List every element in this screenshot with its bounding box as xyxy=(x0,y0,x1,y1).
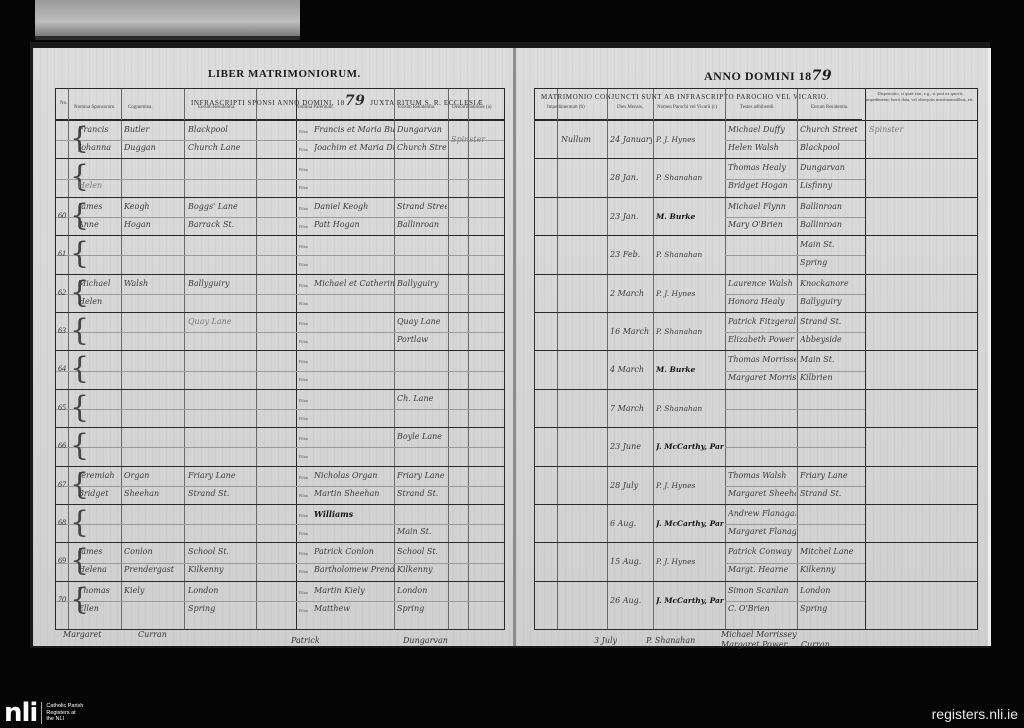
bride-name: Helena xyxy=(78,565,120,574)
priest-name: P. Shanahan xyxy=(656,404,724,413)
register-entry-row: 70{ThomasEllenKielyLondonSpringFiliusFil… xyxy=(56,581,504,620)
bride-parents: Patt Hogan xyxy=(314,220,394,229)
witness-residence-2: Lisfinny xyxy=(800,181,864,190)
parents-residence-1: London xyxy=(397,586,447,595)
filia-label: Filius xyxy=(299,416,308,421)
parents-residence-2: Spring xyxy=(397,604,447,613)
priest-name: P. J. Hynes xyxy=(656,481,724,490)
filius-label: Filius xyxy=(299,513,308,518)
witness-2: Margt. Hearne xyxy=(728,565,796,574)
parents-residence-1: Quay Lane xyxy=(397,317,447,326)
row-midline xyxy=(725,332,865,333)
priest-name: P. J. Hynes xyxy=(656,135,724,144)
witness-residence-2: Spring xyxy=(800,258,864,267)
witness-1: Thomas Morrissey xyxy=(728,355,796,364)
marriage-date: 23 Jan. xyxy=(610,212,652,221)
bride-name: Johanna xyxy=(78,143,120,152)
filius-label: Filius xyxy=(299,167,308,172)
denomination: Spinster xyxy=(451,135,501,144)
witness-1: Andrew Flanagan xyxy=(728,509,796,518)
filia-label: Filius xyxy=(299,185,308,190)
col-header: Nomina Parentum. xyxy=(296,105,334,110)
marriage-date: 24 January xyxy=(610,135,652,144)
filius-label: Filius xyxy=(299,321,308,326)
groom-surname: Kiely xyxy=(124,586,182,595)
row-midline xyxy=(56,371,504,372)
parents-residence-2: Portlaw xyxy=(397,335,447,344)
marriage-date: 23 Feb. xyxy=(610,250,652,259)
row-midline xyxy=(725,524,865,525)
entry-number: 68 xyxy=(58,518,66,527)
brace-icon: { xyxy=(70,354,89,384)
entry-number: 62 xyxy=(58,288,66,297)
filia-label: Filius xyxy=(299,531,308,536)
witness-1: Laurence Walsh xyxy=(728,279,796,288)
bride-parents: Joachim et Maria Duggan xyxy=(314,143,394,152)
row-midline xyxy=(725,217,865,218)
witness-residence-2: Ballinroan xyxy=(800,220,864,229)
parents-residence-1: School St. xyxy=(397,547,447,556)
register-entry-row: 26 Aug.J. McCarthy, ParochoSimon Scanlan… xyxy=(535,581,977,620)
row-midline xyxy=(56,447,504,448)
right-header-line: MATRIMONIO CONJUNCTI SUNT AB INFRASCRIPT… xyxy=(541,93,829,101)
witness-residence-2: Blackpool xyxy=(800,143,864,152)
row-midline xyxy=(725,371,865,372)
groom-residence: Blackpool xyxy=(188,125,292,134)
groom-name: James xyxy=(78,202,120,211)
right-page: ANNO DOMINI 1879 MATRIMONIO CONJUNCTI SU… xyxy=(516,48,991,646)
witness-residence-2: Ballyguiry xyxy=(800,297,864,306)
filia-label: Filius xyxy=(299,608,308,613)
witness-1: Patrick Fitzgerald xyxy=(728,317,796,326)
entry-number: 66 xyxy=(58,441,66,450)
witness-2: Margaret Flanagan xyxy=(728,527,796,536)
witness-1: Michael Duffy xyxy=(728,125,796,134)
bride-parents: Matthew xyxy=(314,604,394,613)
register-entry-row: 67{JeremiahBridgetOrganSheehanFriary Lan… xyxy=(56,466,504,505)
groom-parents: Patrick Conlon xyxy=(314,547,394,556)
priest-name: J. McCarthy, Parocho xyxy=(656,519,724,528)
below-table-entry: Curran xyxy=(138,630,167,639)
priest-name: M. Burke xyxy=(656,365,724,374)
witness-2: Margaret Sheehan xyxy=(728,489,796,498)
register-entry-row: 2 MarchP. J. HynesLaurence WalshHonora H… xyxy=(535,274,977,313)
nli-mark: nli xyxy=(4,700,37,726)
filia-label: Filius xyxy=(299,377,308,382)
witness-residence-2: Kilkenny xyxy=(800,565,864,574)
right-column-headers: Impedimentum (b) Dies Mensis. Nomen Paro… xyxy=(535,105,977,117)
groom-name: Francis xyxy=(78,125,120,134)
nli-logo: nli Catholic Parish Registers at the NLI xyxy=(4,700,83,726)
witness-residence-1: London xyxy=(800,586,864,595)
groom-surname: Keogh xyxy=(124,202,182,211)
row-midline xyxy=(725,255,865,256)
row-midline xyxy=(725,486,865,487)
entry-number: 61 xyxy=(58,249,66,258)
witness-residence-1: Mitchel Lane xyxy=(800,547,864,556)
below-table-entry: Michael Morrissey xyxy=(721,630,797,639)
right-page-title: ANNO DOMINI 1879 xyxy=(704,68,832,84)
col-header: Nomen Parochi vel Vicarii (c) xyxy=(657,105,717,110)
register-entry-row: 63{Quay LaneFiliusFiliusQuay LanePortlaw xyxy=(56,312,504,351)
left-column-headers: Nomina Sponsorum. Cognomina. Eorum Resid… xyxy=(56,105,504,117)
groom-parents: Williams xyxy=(314,509,394,519)
col-header: Cognomina. xyxy=(128,105,153,110)
marriage-date: 6 Aug. xyxy=(610,519,652,528)
witness-residence-2: Kilbrien xyxy=(800,373,864,382)
register-entry-row: 60{JamesAnneKeoghHoganBoggs' LaneBarrack… xyxy=(56,197,504,236)
groom-surname: Organ xyxy=(124,471,182,480)
parents-residence-2: Main St. xyxy=(397,527,447,536)
bride-name: Bridget xyxy=(78,489,120,498)
groom-residence: Friary Lane xyxy=(188,471,292,480)
below-table-entry: Curran xyxy=(801,640,830,649)
col-header: Dies Mensis. xyxy=(617,105,643,110)
marriage-date: 15 Aug. xyxy=(610,557,652,566)
below-table-entry: Patrick xyxy=(291,636,320,645)
witness-residence-1: Knockanore xyxy=(800,279,864,288)
parents-residence-2: Church Street xyxy=(397,143,447,152)
register-entry-row: {FrancisJohannaButlerDugganBlackpoolChur… xyxy=(56,120,504,159)
witness-residence-1: Main St. xyxy=(800,355,864,364)
witness-1: Simon Scanlan xyxy=(728,586,796,595)
bride-residence: Church Lane xyxy=(188,143,292,152)
filia-label: Filius xyxy=(299,262,308,267)
brace-icon: { xyxy=(70,239,89,269)
groom-name: Michael xyxy=(78,279,120,288)
filia-label: Filius xyxy=(299,569,308,574)
parents-residence-1: Strand Street xyxy=(397,202,447,211)
row-midline xyxy=(56,217,504,218)
witness-2: C. O'Brien xyxy=(728,604,796,613)
marriage-date: 28 July xyxy=(610,481,652,490)
filius-label: Filius xyxy=(299,359,308,364)
row-midline xyxy=(56,409,504,410)
filius-label: Filius xyxy=(299,398,308,403)
register-entry-row: 28 JulyP. J. HynesThomas WalshMargaret S… xyxy=(535,466,977,505)
filia-label: Filius xyxy=(299,454,308,459)
groom-parents: Michael et Catherine Walsh xyxy=(314,279,394,288)
below-table-entry: 3 July xyxy=(594,636,617,645)
row-midline xyxy=(56,601,504,602)
register-entry-row: 23 Feb.P. ShanahanMain St.Spring xyxy=(535,235,977,274)
bride-residence: Barrack St. xyxy=(188,220,292,229)
register-entry-row: 64{FiliusFilius xyxy=(56,350,504,389)
register-entry-row: 23 JuneJ. McCarthy, Parocho xyxy=(535,427,977,466)
groom-name: Jeremiah xyxy=(78,471,120,480)
entry-number: 69 xyxy=(58,556,66,565)
parents-residence-1: Dungarvan xyxy=(397,125,447,134)
row-midline xyxy=(725,294,865,295)
parents-residence-2: Strand St. xyxy=(397,489,447,498)
register-entry-row: 6 Aug.J. McCarthy, ParochoAndrew Flanaga… xyxy=(535,504,977,543)
filius-label: Filius xyxy=(299,551,308,556)
bride-parents: Bartholomew Prendergast xyxy=(314,565,394,574)
groom-residence: Ballyguiry xyxy=(188,279,292,288)
row-midline xyxy=(56,140,504,141)
witness-2: Mary O'Brien xyxy=(728,220,796,229)
col-header: Nomina Sponsorum. xyxy=(74,105,115,110)
row-midline xyxy=(725,409,865,410)
bride-parents: Martin Sheehan xyxy=(314,489,394,498)
witness-1: Thomas Healy xyxy=(728,163,796,172)
bride-residence: Kilkenny xyxy=(188,565,292,574)
bride-surname: Duggan xyxy=(124,143,182,152)
groom-residence: School St. xyxy=(188,547,292,556)
register-entry-row: 28 Jan.P. ShanahanThomas HealyBridget Ho… xyxy=(535,158,977,197)
left-page: LIBER MATRIMONIORUM. INFRASCRIPTI SPONSI… xyxy=(33,48,513,646)
bride-surname: Sheehan xyxy=(124,489,182,498)
priest-name: J. McCarthy, Parocho xyxy=(656,596,724,605)
row-midline xyxy=(56,563,504,564)
filia-label: Filius xyxy=(299,339,308,344)
filia-label: Filius xyxy=(299,224,308,229)
witness-2: Elizabeth Power xyxy=(728,335,796,344)
bride-surname: Hogan xyxy=(124,220,182,229)
entry-number: 67 xyxy=(58,480,66,489)
below-table-entry: P. Shanahan xyxy=(646,636,695,645)
parents-residence-1: Ballyguiry xyxy=(397,279,447,288)
priest-name: M. Burke xyxy=(656,212,724,221)
filius-label: Filius xyxy=(299,475,308,480)
witness-residence-1: Dungarvan xyxy=(800,163,864,172)
witness-1: Thomas Walsh xyxy=(728,471,796,480)
witness-1: Michael Flynn xyxy=(728,202,796,211)
brace-icon: { xyxy=(70,393,89,423)
filia-label: Filius xyxy=(299,147,308,152)
witness-residence-2: Abbeyside xyxy=(800,335,864,344)
witness-2: Margaret Morrissey xyxy=(728,373,796,382)
marriage-date: 4 March xyxy=(610,365,652,374)
groom-residence: Quay Lane xyxy=(188,317,292,326)
register-entry-row: 69{JamesHelenaConlonPrendergastSchool St… xyxy=(56,542,504,581)
filia-label: Filius xyxy=(299,493,308,498)
row-midline xyxy=(56,294,504,295)
col-header: Eorum Residentia. xyxy=(398,105,435,110)
priest-name: J. McCarthy, Parocho xyxy=(656,442,724,451)
below-table-entry: Margaret xyxy=(63,630,101,639)
filius-label: Filius xyxy=(299,206,308,211)
site-url: registers.nli.ie xyxy=(932,706,1018,722)
marriage-date: 2 March xyxy=(610,289,652,298)
groom-residence: London xyxy=(188,586,292,595)
row-midline xyxy=(56,179,504,180)
nli-logo-text: Catholic Parish Registers at the NLI xyxy=(46,703,83,723)
register-entry-row: 7 MarchP. Shanahan xyxy=(535,389,977,428)
groom-surname: Butler xyxy=(124,125,182,134)
priest-name: P. Shanahan xyxy=(656,250,724,259)
handwritten-year: 79 xyxy=(812,68,832,84)
priest-name: P. Shanahan xyxy=(656,173,724,182)
dispensation-note: Spinster xyxy=(869,125,973,134)
bride-surname: Prendergast xyxy=(124,565,182,574)
impediment: Nullum xyxy=(561,135,605,144)
register-entry-row: 66{FiliusFiliusBoyle Lane xyxy=(56,427,504,466)
col-header: Denominationes (a) xyxy=(452,105,492,110)
row-midline xyxy=(725,140,865,141)
bride-name: Ellen xyxy=(78,604,120,613)
brace-icon: { xyxy=(70,316,89,346)
filius-label: Filius xyxy=(299,244,308,249)
bride-residence: Spring xyxy=(188,604,292,613)
row-midline xyxy=(725,563,865,564)
register-entry-row: 23 Jan.M. BurkeMichael FlynnMary O'Brien… xyxy=(535,197,977,236)
marriage-register-table-right: MATRIMONIO CONJUNCTI SUNT AB INFRASCRIPT… xyxy=(534,88,978,630)
parents-residence-2: Kilkenny xyxy=(397,565,447,574)
parents-residence-1: Friary Lane xyxy=(397,471,447,480)
register-entry-row: 68{FiliusFiliusWilliamsMain St. xyxy=(56,504,504,543)
bride-name: Helen xyxy=(78,297,120,306)
groom-parents: Martin Kiely xyxy=(314,586,394,595)
col-header: Impedimentum (b) xyxy=(547,105,585,110)
filius-label: Filius xyxy=(299,436,308,441)
register-entry-row: {HelenFiliusFilius xyxy=(56,158,504,197)
parents-residence-2: Ballinroan xyxy=(397,220,447,229)
register-entry-row: Nullum24 JanuaryP. J. HynesMichael Duffy… xyxy=(535,120,977,159)
witness-residence-1: Church Street xyxy=(800,125,864,134)
witness-2: Honora Healy xyxy=(728,297,796,306)
marriage-date: 28 Jan. xyxy=(610,173,652,182)
filius-label: Filius xyxy=(299,590,308,595)
register-entry-row: 16 MarchP. ShanahanPatrick FitzgeraldEli… xyxy=(535,312,977,351)
register-entry-row: 62{MichaelHelenWalshBallyguiryFiliusFili… xyxy=(56,274,504,313)
brace-icon: { xyxy=(70,508,89,538)
row-midline xyxy=(725,447,865,448)
witness-residence-1: Strand St. xyxy=(800,317,864,326)
parents-residence-1: Boyle Lane xyxy=(397,432,447,441)
witness-residence-2: Strand St. xyxy=(800,489,864,498)
groom-name: Thomas xyxy=(78,586,120,595)
brace-icon: { xyxy=(70,431,89,461)
row-midline xyxy=(725,601,865,602)
groom-parents: Francis et Maria Butler xyxy=(314,125,394,134)
entry-number: 60 xyxy=(58,211,66,220)
row-midline xyxy=(56,255,504,256)
row-midline xyxy=(56,332,504,333)
priest-name: P. Shanahan xyxy=(656,327,724,336)
groom-surname: Walsh xyxy=(124,279,182,288)
priest-name: P. J. Hynes xyxy=(656,557,724,566)
groom-residence: Boggs' Lane xyxy=(188,202,292,211)
witness-1: Patrick Conway xyxy=(728,547,796,556)
col-header: Testes adhibendi. xyxy=(740,105,775,110)
bride-name: Helen xyxy=(78,181,120,190)
row-midline xyxy=(725,179,865,180)
filius-label: Filius xyxy=(299,283,308,288)
parents-residence-1: Ch. Lane xyxy=(397,394,447,403)
previous-page-edge xyxy=(35,0,300,40)
logo-divider xyxy=(41,702,42,724)
witness-2: Helen Walsh xyxy=(728,143,796,152)
marriage-date: 16 March xyxy=(610,327,652,336)
witness-residence-1: Friary Lane xyxy=(800,471,864,480)
entry-number: 65 xyxy=(58,403,66,412)
groom-parents: Daniel Keogh xyxy=(314,202,394,211)
left-page-title: LIBER MATRIMONIORUM. xyxy=(208,68,361,80)
priest-name: P. J. Hynes xyxy=(656,289,724,298)
marriage-date: 26 Aug. xyxy=(610,596,652,605)
witness-residence-2: Spring xyxy=(800,604,864,613)
marriage-register-table-left: INFRASCRIPTI SPONSI ANNO DOMINI, 1879 JU… xyxy=(55,88,505,630)
below-table-entry: Margaret Power xyxy=(721,640,787,649)
filius-label: Filius xyxy=(299,129,308,134)
marriage-date: 7 March xyxy=(610,404,652,413)
below-table-entry: Dungarvan xyxy=(403,636,448,645)
groom-surname: Conlon xyxy=(124,547,182,556)
entry-number: 70 xyxy=(58,595,66,604)
row-midline xyxy=(56,524,504,525)
witness-residence-1: Ballinroan xyxy=(800,202,864,211)
register-entry-row: 65{FiliusFiliusCh. Lane xyxy=(56,389,504,428)
register-entry-row: 15 Aug.P. J. HynesPatrick ConwayMargt. H… xyxy=(535,542,977,581)
dispensation-column-header: Dispensatio, si quae erat; e.g., si post… xyxy=(865,91,975,103)
witness-residence-1: Main St. xyxy=(800,240,864,249)
col-header: Eorum Residentia. xyxy=(198,105,235,110)
witness-2: Bridget Hogan xyxy=(728,181,796,190)
row-midline xyxy=(56,486,504,487)
marriage-date: 23 June xyxy=(610,442,652,451)
entry-number: 64 xyxy=(58,364,66,373)
register-entry-row: 61{FiliusFilius xyxy=(56,235,504,274)
bride-name: Anne xyxy=(78,220,120,229)
groom-name: James xyxy=(78,547,120,556)
col-header: Eorum Residentia. xyxy=(811,105,848,110)
entry-number: 63 xyxy=(58,326,66,335)
bride-residence: Strand St. xyxy=(188,489,292,498)
groom-parents: Nicholas Organ xyxy=(314,471,394,480)
filia-label: Filius xyxy=(299,301,308,306)
register-entry-row: 4 MarchM. BurkeThomas MorrisseyMargaret … xyxy=(535,350,977,389)
